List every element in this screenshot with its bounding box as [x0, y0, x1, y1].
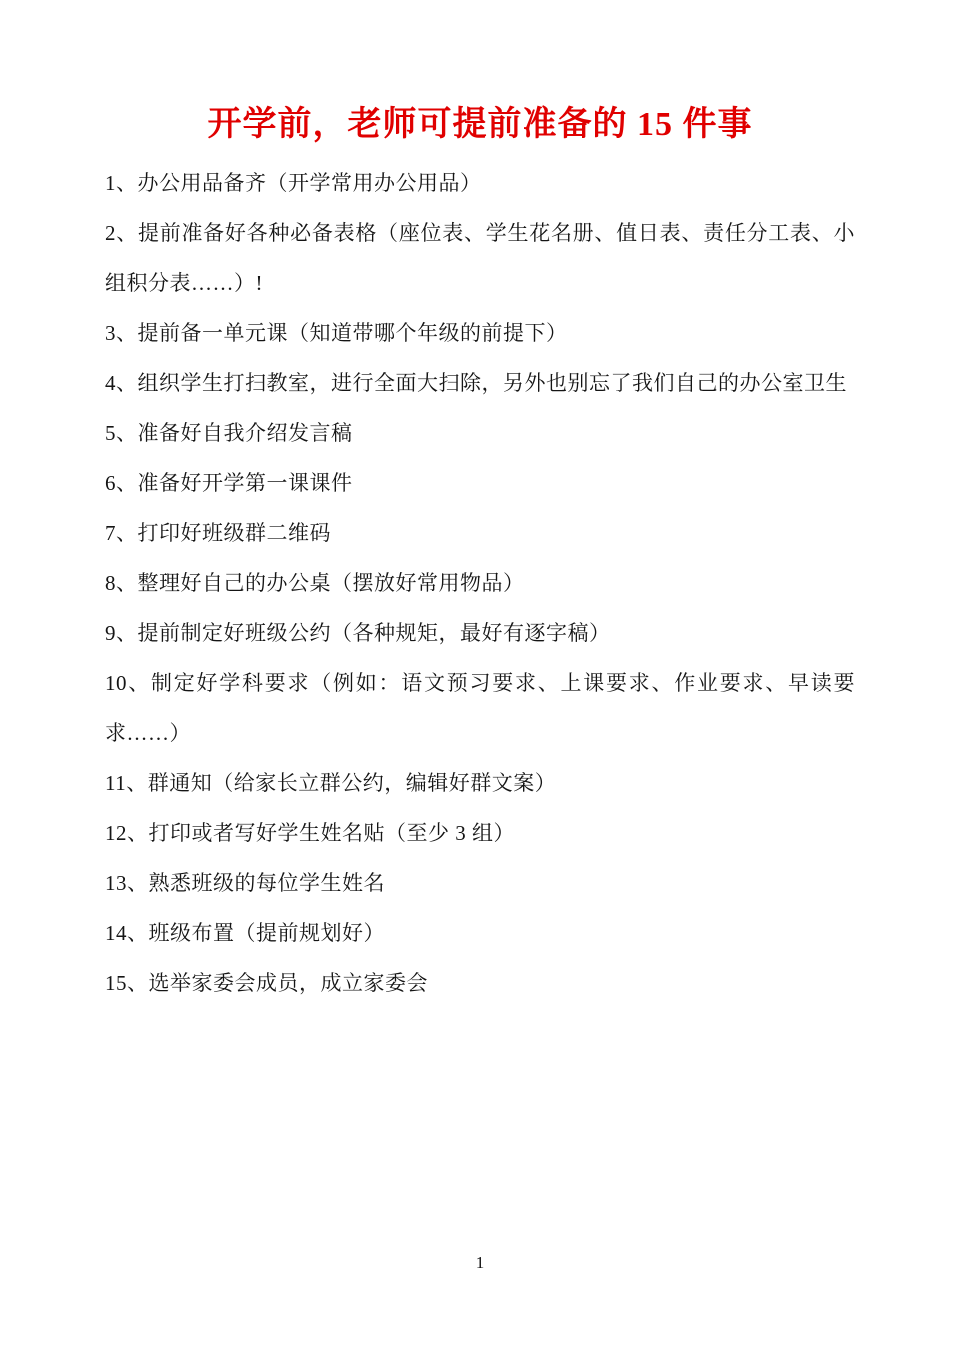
- list-item: 6、准备好开学第一课课件: [105, 458, 855, 508]
- item-list: 1、办公用品备齐（开学常用办公用品） 2、提前准备好各种必备表格（座位表、学生花…: [105, 158, 855, 1008]
- list-item: 13、熟悉班级的每位学生姓名: [105, 858, 855, 908]
- list-item: 10、制定好学科要求（例如：语文预习要求、上课要求、作业要求、早读要求……）: [105, 658, 855, 758]
- list-item: 11、群通知（给家长立群公约，编辑好群文案）: [105, 758, 855, 808]
- list-item: 7、打印好班级群二维码: [105, 508, 855, 558]
- list-item: 8、整理好自己的办公桌（摆放好常用物品）: [105, 558, 855, 608]
- list-item: 15、选举家委会成员，成立家委会: [105, 958, 855, 1008]
- page-title: 开学前，老师可提前准备的 15 件事: [0, 0, 960, 148]
- document-page: 开学前，老师可提前准备的 15 件事 1、办公用品备齐（开学常用办公用品） 2、…: [0, 0, 960, 1358]
- list-item: 12、打印或者写好学生姓名贴（至少 3 组）: [105, 808, 855, 858]
- list-item: 5、准备好自我介绍发言稿: [105, 408, 855, 458]
- list-item: 9、提前制定好班级公约（各种规矩，最好有逐字稿）: [105, 608, 855, 658]
- list-item: 3、提前备一单元课（知道带哪个年级的前提下）: [105, 308, 855, 358]
- list-item: 1、办公用品备齐（开学常用办公用品）: [105, 158, 855, 208]
- list-item: 4、组织学生打扫教室，进行全面大扫除，另外也别忘了我们自己的办公室卫生: [105, 358, 855, 408]
- list-item: 14、班级布置（提前规划好）: [105, 908, 855, 958]
- list-item: 2、提前准备好各种必备表格（座位表、学生花名册、值日表、责任分工表、小组积分表……: [105, 208, 855, 308]
- page-number: 1: [0, 1253, 960, 1273]
